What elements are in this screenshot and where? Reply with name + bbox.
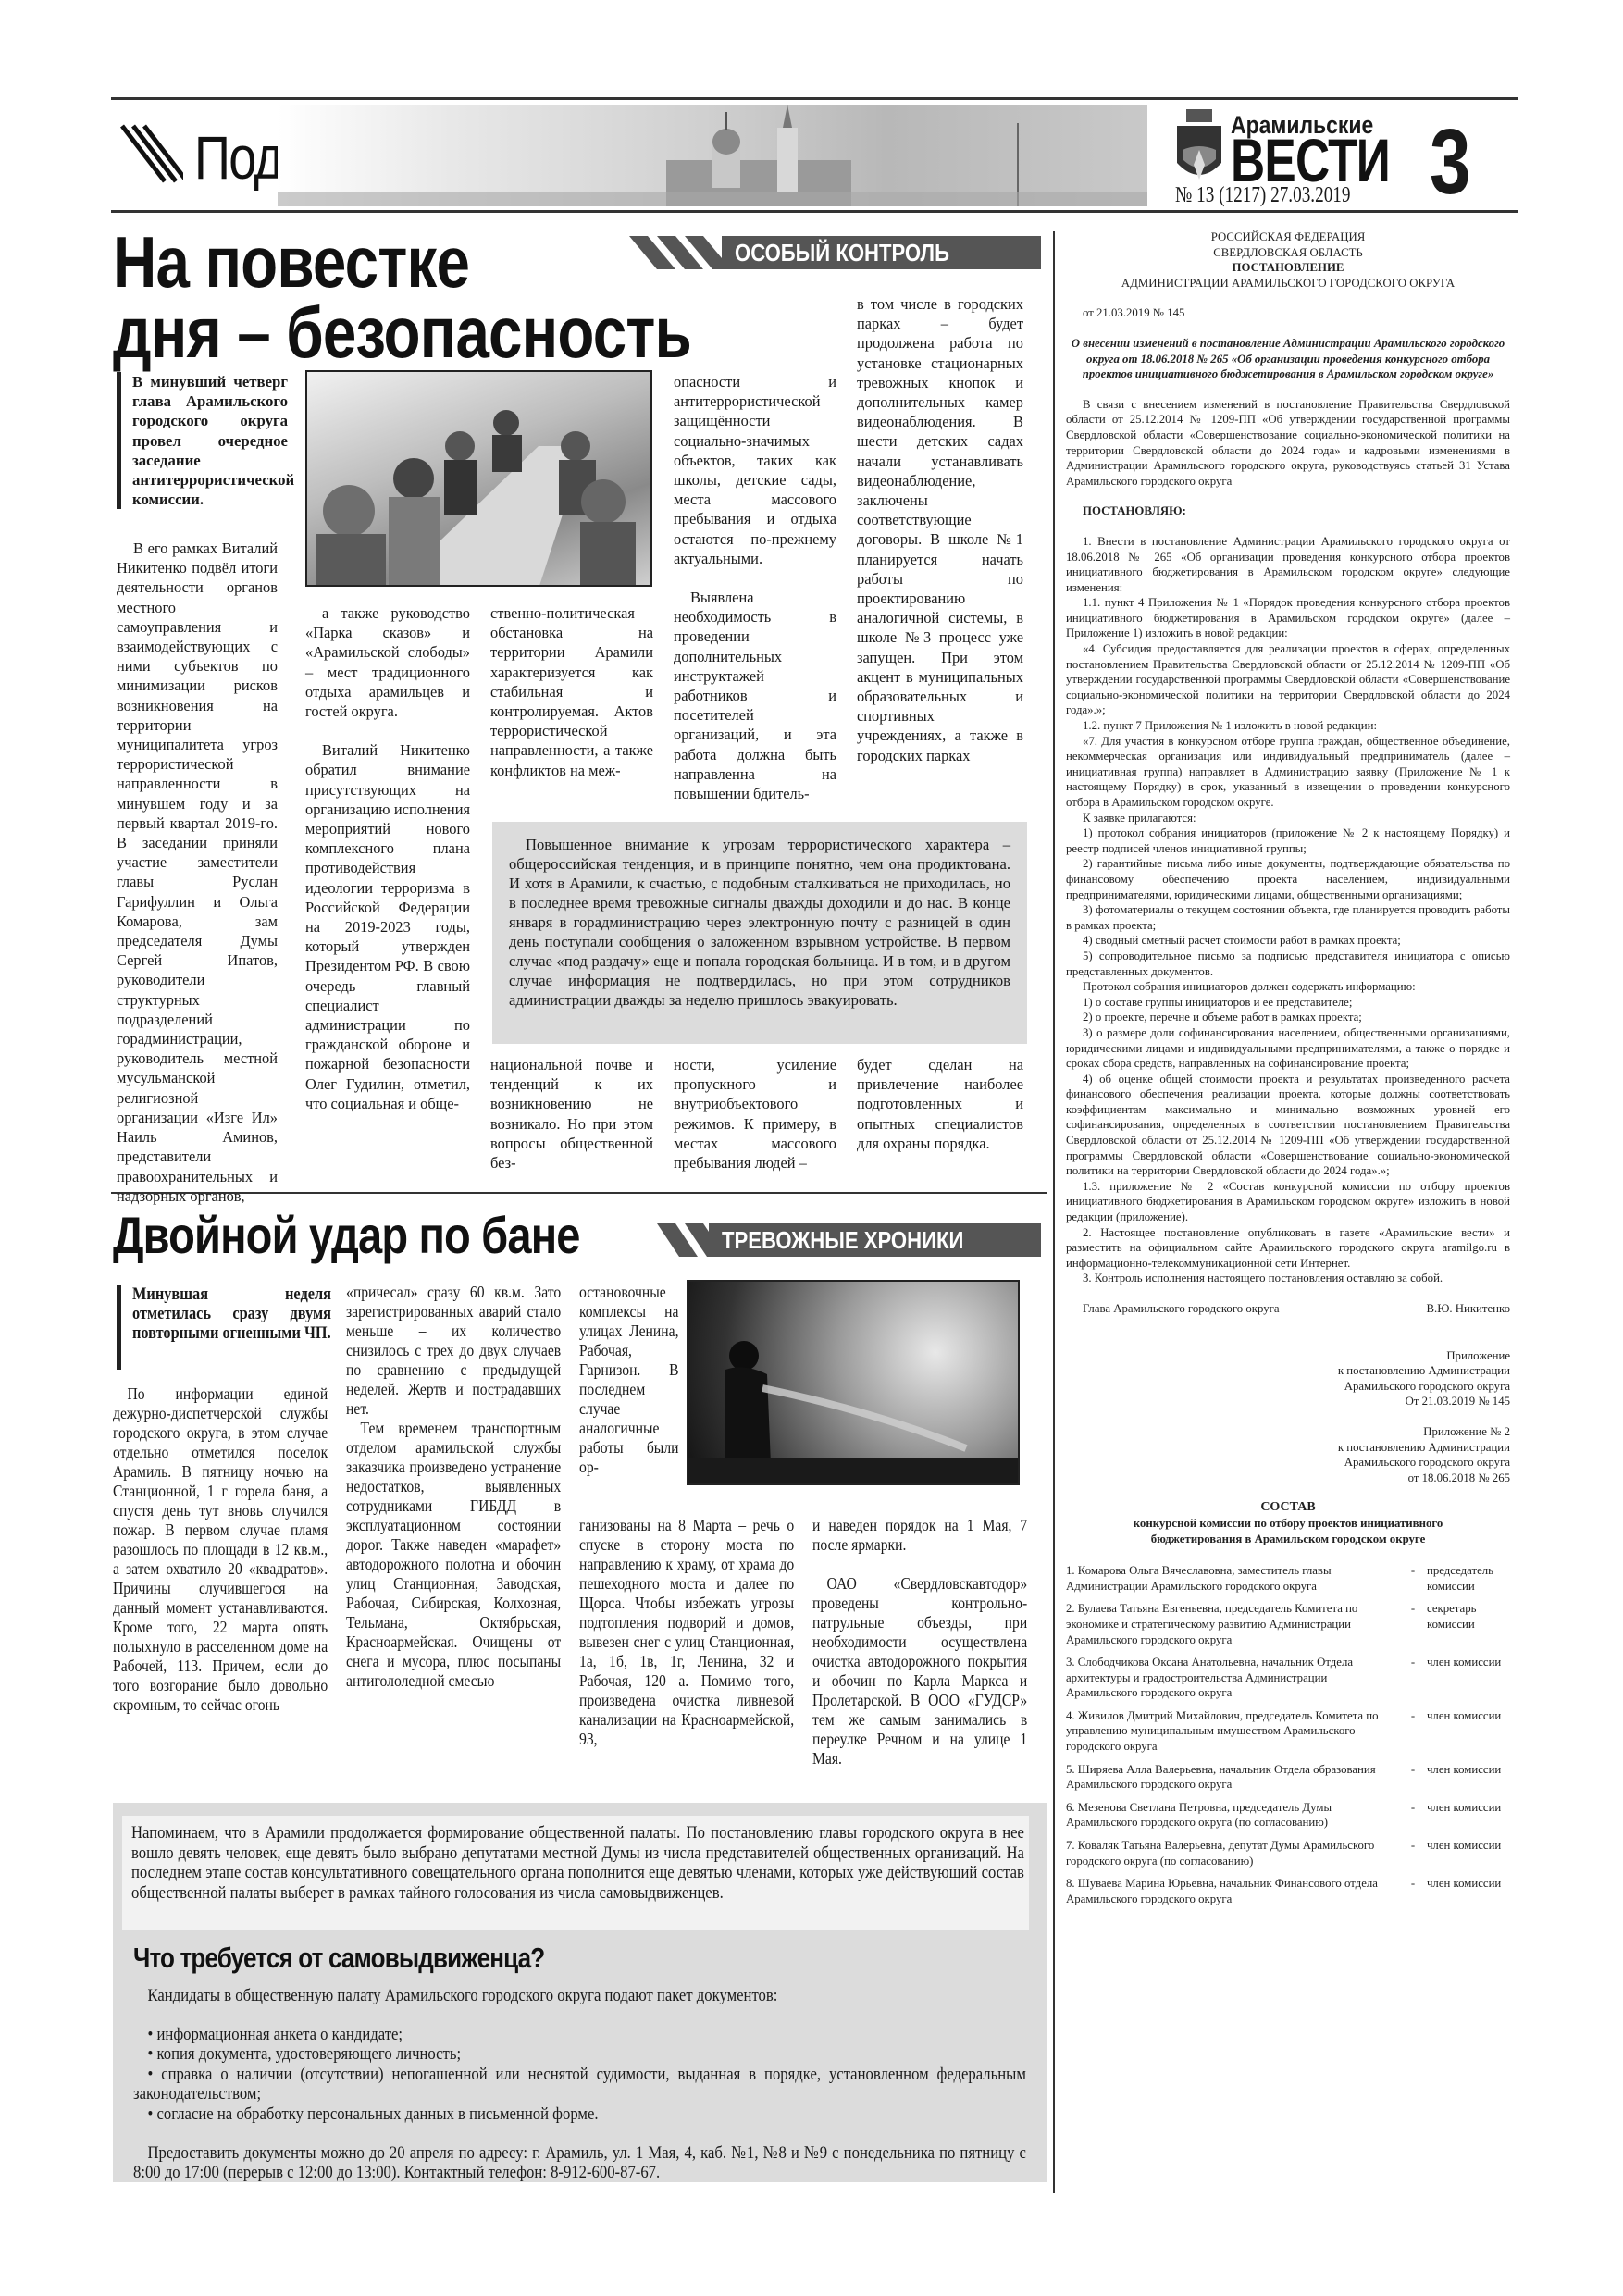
member-row: 5. Ширяева Алла Валерьевна, начальник От… bbox=[1066, 1762, 1510, 1800]
article-separator bbox=[111, 1192, 1047, 1194]
resolution-header: РОССИЙСКАЯ ФЕДЕРАЦИЯ bbox=[1066, 230, 1510, 245]
church-skyline-icon bbox=[278, 105, 1147, 206]
member-row: 4. Живилов Дмитрий Михайлович, председат… bbox=[1066, 1708, 1510, 1762]
article1-photo bbox=[305, 370, 652, 587]
doc-item: • информационная анкета о кандидате; bbox=[133, 2025, 1026, 2045]
appendix-1: Приложение к постановлению Администрации… bbox=[1066, 1348, 1510, 1409]
article1-col3: ственно-политическая обстановка на терри… bbox=[490, 603, 653, 780]
member-row: 2. Булаева Татьяна Евгеньевна, председат… bbox=[1066, 1601, 1510, 1655]
member-row: 3. Слободчикова Оксана Анатольевна, нача… bbox=[1066, 1655, 1510, 1708]
article1-col4: опасности и антитеррористической защищён… bbox=[674, 372, 836, 803]
article1-callout: Повышенное внимание к угрозам террористи… bbox=[492, 822, 1027, 1044]
coat-of-arms-icon bbox=[1175, 109, 1223, 187]
composition-subtitle: конкурсной комиссии по отбору проектов и… bbox=[1066, 1516, 1510, 1546]
chamber-heading: Что требуется от самовыдвиженца? bbox=[133, 1942, 544, 1975]
resolution-date: от 21.03.2019 № 145 bbox=[1066, 305, 1510, 321]
member-row: 6. Мезенова Светлана Петровна, председат… bbox=[1066, 1800, 1510, 1838]
public-chamber-box: Напоминаем, что в Арамили продолжается ф… bbox=[113, 1803, 1047, 2182]
masthead-bottom-rule bbox=[111, 210, 1518, 213]
decree-word: ПОСТАНОВЛЯЮ: bbox=[1066, 503, 1510, 519]
article2-col2: «причесал» сразу 60 кв.м. Зато зарегистр… bbox=[346, 1283, 561, 1691]
doc-item: • согласие на обработку персональных дан… bbox=[133, 2104, 1026, 2125]
article2-col3: ганизованы на 8 Марта – речь о спуске в … bbox=[579, 1516, 794, 1749]
meeting-scene-icon bbox=[307, 372, 652, 587]
resolution-preamble: В связи с внесением изменений в постанов… bbox=[1066, 397, 1510, 490]
rubric-special-control: ОСОБЫЙ КОНТРОЛЬ bbox=[629, 236, 1041, 269]
top-rule bbox=[111, 97, 1518, 100]
article1-col5: в том числе в городских парках – будет п… bbox=[857, 294, 1023, 765]
article1-lead: В минувший четверг глава Арамильского го… bbox=[117, 372, 288, 509]
doc-item: • копия документа, удостоверяющего лично… bbox=[133, 2044, 1026, 2065]
page-number: 3 bbox=[1430, 109, 1471, 216]
chamber-intro-panel: Напоминаем, что в Арамили продолжается ф… bbox=[122, 1816, 1029, 1930]
article1-col4-bottom: ности, усиление пропускного и внутриобъе… bbox=[674, 1055, 836, 1173]
article2-headline: Двойной удар по бане bbox=[113, 1205, 580, 1265]
member-row: 8. Шуваева Марина Юрьевна, начальник Фин… bbox=[1066, 1876, 1510, 1914]
column-divider bbox=[1053, 231, 1055, 2193]
resolution: РОССИЙСКАЯ ФЕДЕРАЦИЯ СВЕРДЛОВСКАЯ ОБЛАСТ… bbox=[1066, 230, 1510, 1914]
chamber-candidates: Кандидаты в общественную палату Арамильс… bbox=[133, 1986, 1026, 2183]
article1-col5-bottom: будет сделан на привлечение наиболее под… bbox=[857, 1055, 1023, 1153]
rubric-label: ТРЕВОЖНЫЕ ХРОНИКИ bbox=[722, 1223, 963, 1257]
article2-col4: и наведен порядок на 1 Мая, 7 после ярма… bbox=[812, 1516, 1027, 1769]
composition-title: СОСТАВ bbox=[1066, 1500, 1510, 1516]
commission-members: 1. Комарова Ольга Вячеславовна, заместит… bbox=[1066, 1563, 1510, 1914]
submission-info: Предоставить документы можно до 20 апрел… bbox=[133, 2143, 1026, 2183]
doc-item: • справка о наличии (отсутствии) непогаш… bbox=[133, 2065, 1026, 2104]
rubric-label: ОСОБЫЙ КОНТРОЛЬ bbox=[735, 236, 949, 269]
section-slashes-icon bbox=[118, 120, 183, 187]
member-row: 7. Коваляк Татьяна Валерьевна, депутат Д… bbox=[1066, 1838, 1510, 1876]
member-row: 1. Комарова Ольга Вячеславовна, заместит… bbox=[1066, 1563, 1510, 1601]
issue-number: № 13 (1217) 27.03.2019 bbox=[1175, 183, 1351, 208]
article1-col3-bottom: национальной почве и тенденций к их возн… bbox=[490, 1055, 653, 1173]
article2-lead: Минувшая неделя отметилась сразу двумя п… bbox=[117, 1285, 326, 1370]
masthead-photo bbox=[278, 105, 1147, 206]
article1-col1: В его рамках Виталий Никитенко подвёл ит… bbox=[117, 539, 278, 1206]
rubric-alarm-chronicles: ТРЕВОЖНЫЕ ХРОНИКИ bbox=[657, 1223, 1041, 1257]
rubric-chevrons-icon bbox=[629, 236, 731, 269]
signature: Глава Арамильского городского округа В.Ю… bbox=[1066, 1301, 1510, 1317]
article1-headline-line2: дня – безопасность bbox=[113, 291, 691, 375]
resolution-title: О внесении изменений в постановление Адм… bbox=[1066, 336, 1510, 382]
firefighter-icon bbox=[688, 1282, 1020, 1485]
article1-col2: а также руководство «Парка сказов» и «Ар… bbox=[305, 603, 470, 1113]
article2-col1: По информации единой дежурно-диспетчерск… bbox=[113, 1384, 328, 1715]
article2-fire-photo bbox=[687, 1280, 1020, 1485]
appendix-2: Приложение № 2 к постановлению Администр… bbox=[1066, 1424, 1510, 1485]
article2-col3-top: остановочные комплексы на улицах Ленина,… bbox=[579, 1283, 679, 1477]
